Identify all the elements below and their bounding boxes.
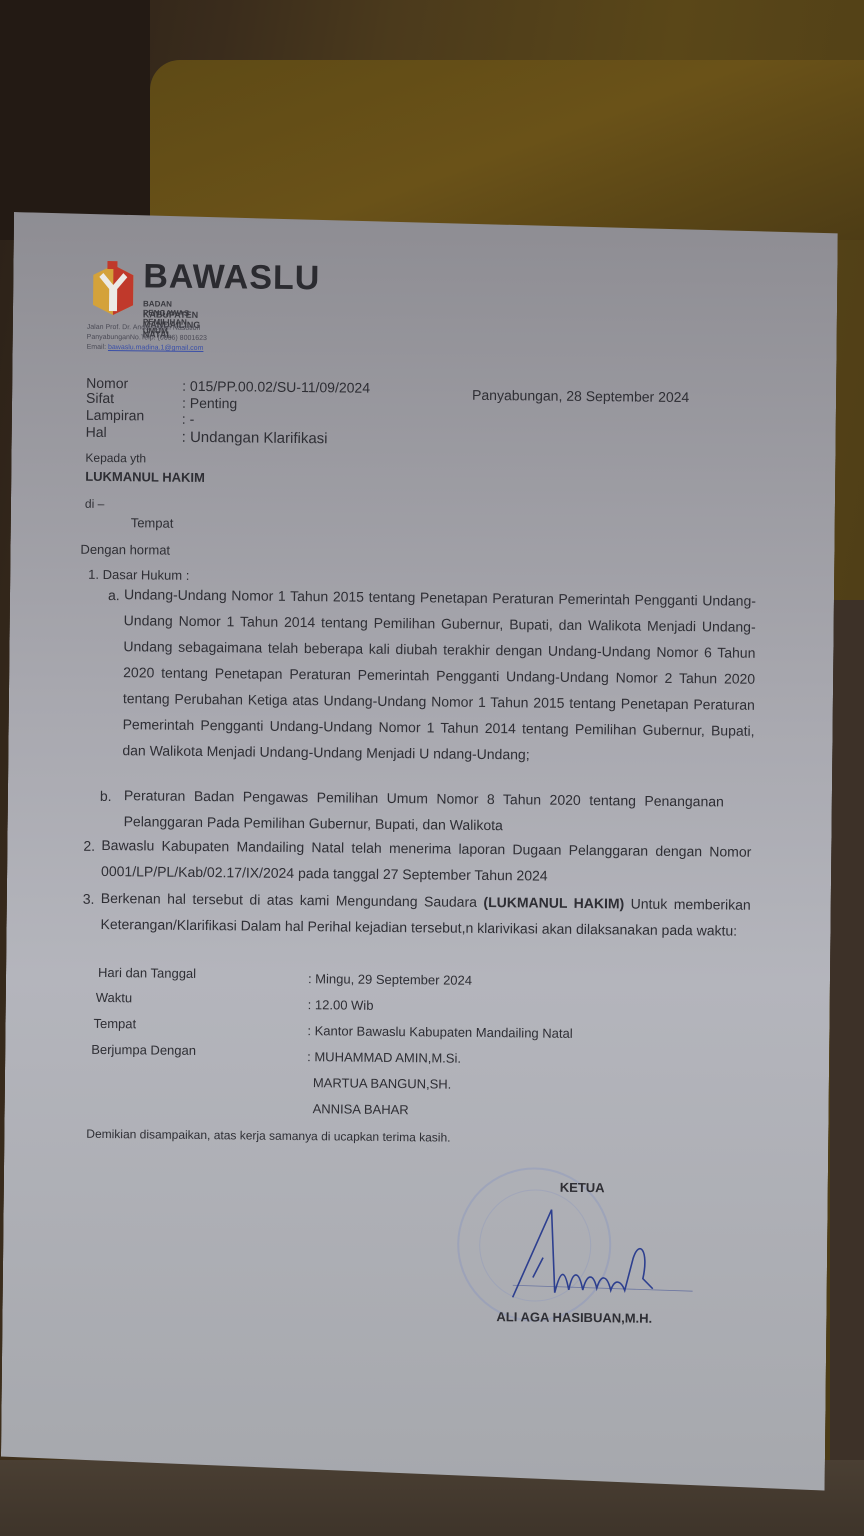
background-wood-right (830, 600, 864, 1536)
item-2-marker: 2. (83, 838, 95, 854)
schedule-value-time: : 12.00 Wib (308, 997, 374, 1013)
schedule-label-place: Tempat (93, 1016, 136, 1031)
schedule-label-meet: Berjumpa Dengan (91, 1042, 196, 1058)
address-line-2: PanyabunganNo.Telp. (0636) 8001623 (87, 334, 207, 342)
item-1a-text: Undang-Undang Nomor 1 Tahun 2015 tentang… (122, 581, 756, 770)
recipient-greeting: Kepada yth (85, 451, 146, 466)
org-name: BAWASLU (143, 257, 320, 298)
item-2-text: Bawaslu Kabupaten Mandailing Natal telah… (101, 832, 752, 891)
bawaslu-logo-icon (89, 261, 138, 319)
background-dark-fabric (0, 0, 150, 240)
background-yellow-cushion (150, 60, 864, 240)
meta-label-lampiran: Lampiran (86, 407, 145, 424)
meta-value-hal: : Undangan Klarifikasi (182, 429, 328, 448)
schedule-value-meet-2: MARTUA BANGUN,SH. (313, 1075, 452, 1091)
closing-text: Demikian disampaikan, atas kerja samanya… (86, 1127, 450, 1145)
letter-paper: BAWASLU BADAN PENGAWAS PEMILIHAN UMUM KA… (1, 212, 838, 1491)
signatory-title: KETUA (560, 1180, 605, 1195)
meta-label-nomor: Nomor (86, 375, 128, 391)
item-3-marker: 3. (83, 891, 95, 907)
schedule-value-meet-3: ANNISA BAHAR (313, 1101, 409, 1117)
item-3-pre: Berkenan hal tersebut di atas kami Mengu… (101, 890, 484, 910)
item-3-invitee: (LUKMANUL HAKIM) (483, 894, 624, 911)
address-line-1: Jalan Prof. Dr. Anda Hakim Nasution (87, 324, 201, 332)
meta-label-hal: Hal (86, 424, 107, 440)
item-1b-text: Peraturan Badan Pengawas Pemilihan Umum … (123, 782, 724, 840)
item-1b-marker: b. (100, 788, 112, 804)
meta-value-nomor: : 015/PP.00.02/SU-11/09/2024 (182, 378, 370, 396)
recipient-place: Tempat (131, 515, 174, 530)
schedule-value-date: : Mingu, 29 September 2024 (308, 971, 472, 988)
item-1a-marker: a. (108, 587, 120, 603)
signature-icon (503, 1197, 694, 1309)
recipient-di: di – (85, 497, 105, 511)
schedule-value-place: : Kantor Bawaslu Kabupaten Mandailing Na… (307, 1023, 572, 1041)
schedule-value-meet-1: : MUHAMMAD AMIN,M.Si. (307, 1049, 461, 1066)
meta-value-lampiran: : - (182, 411, 195, 427)
recipient-name: LUKMANUL HAKIM (85, 469, 205, 485)
schedule-label-time: Waktu (96, 990, 133, 1005)
opening-greeting: Dengan hormat (80, 542, 170, 558)
schedule-label-date: Hari dan Tanggal (98, 965, 196, 981)
meta-label-sifat: Sifat (86, 390, 114, 406)
email-label: Email: (87, 344, 107, 351)
meta-value-sifat: : Penting (182, 395, 237, 412)
email-link[interactable]: bawaslu.madina.1@gmail.com (108, 344, 204, 352)
signatory-name: ALI AGA HASIBUAN,M.H. (496, 1309, 652, 1326)
item-3-text: Berkenan hal tersebut di atas kami Mengu… (100, 885, 751, 944)
place-date: Panyabungan, 28 September 2024 (472, 387, 689, 405)
email-line: Email: bawaslu.madina.1@gmail.com (87, 344, 204, 352)
